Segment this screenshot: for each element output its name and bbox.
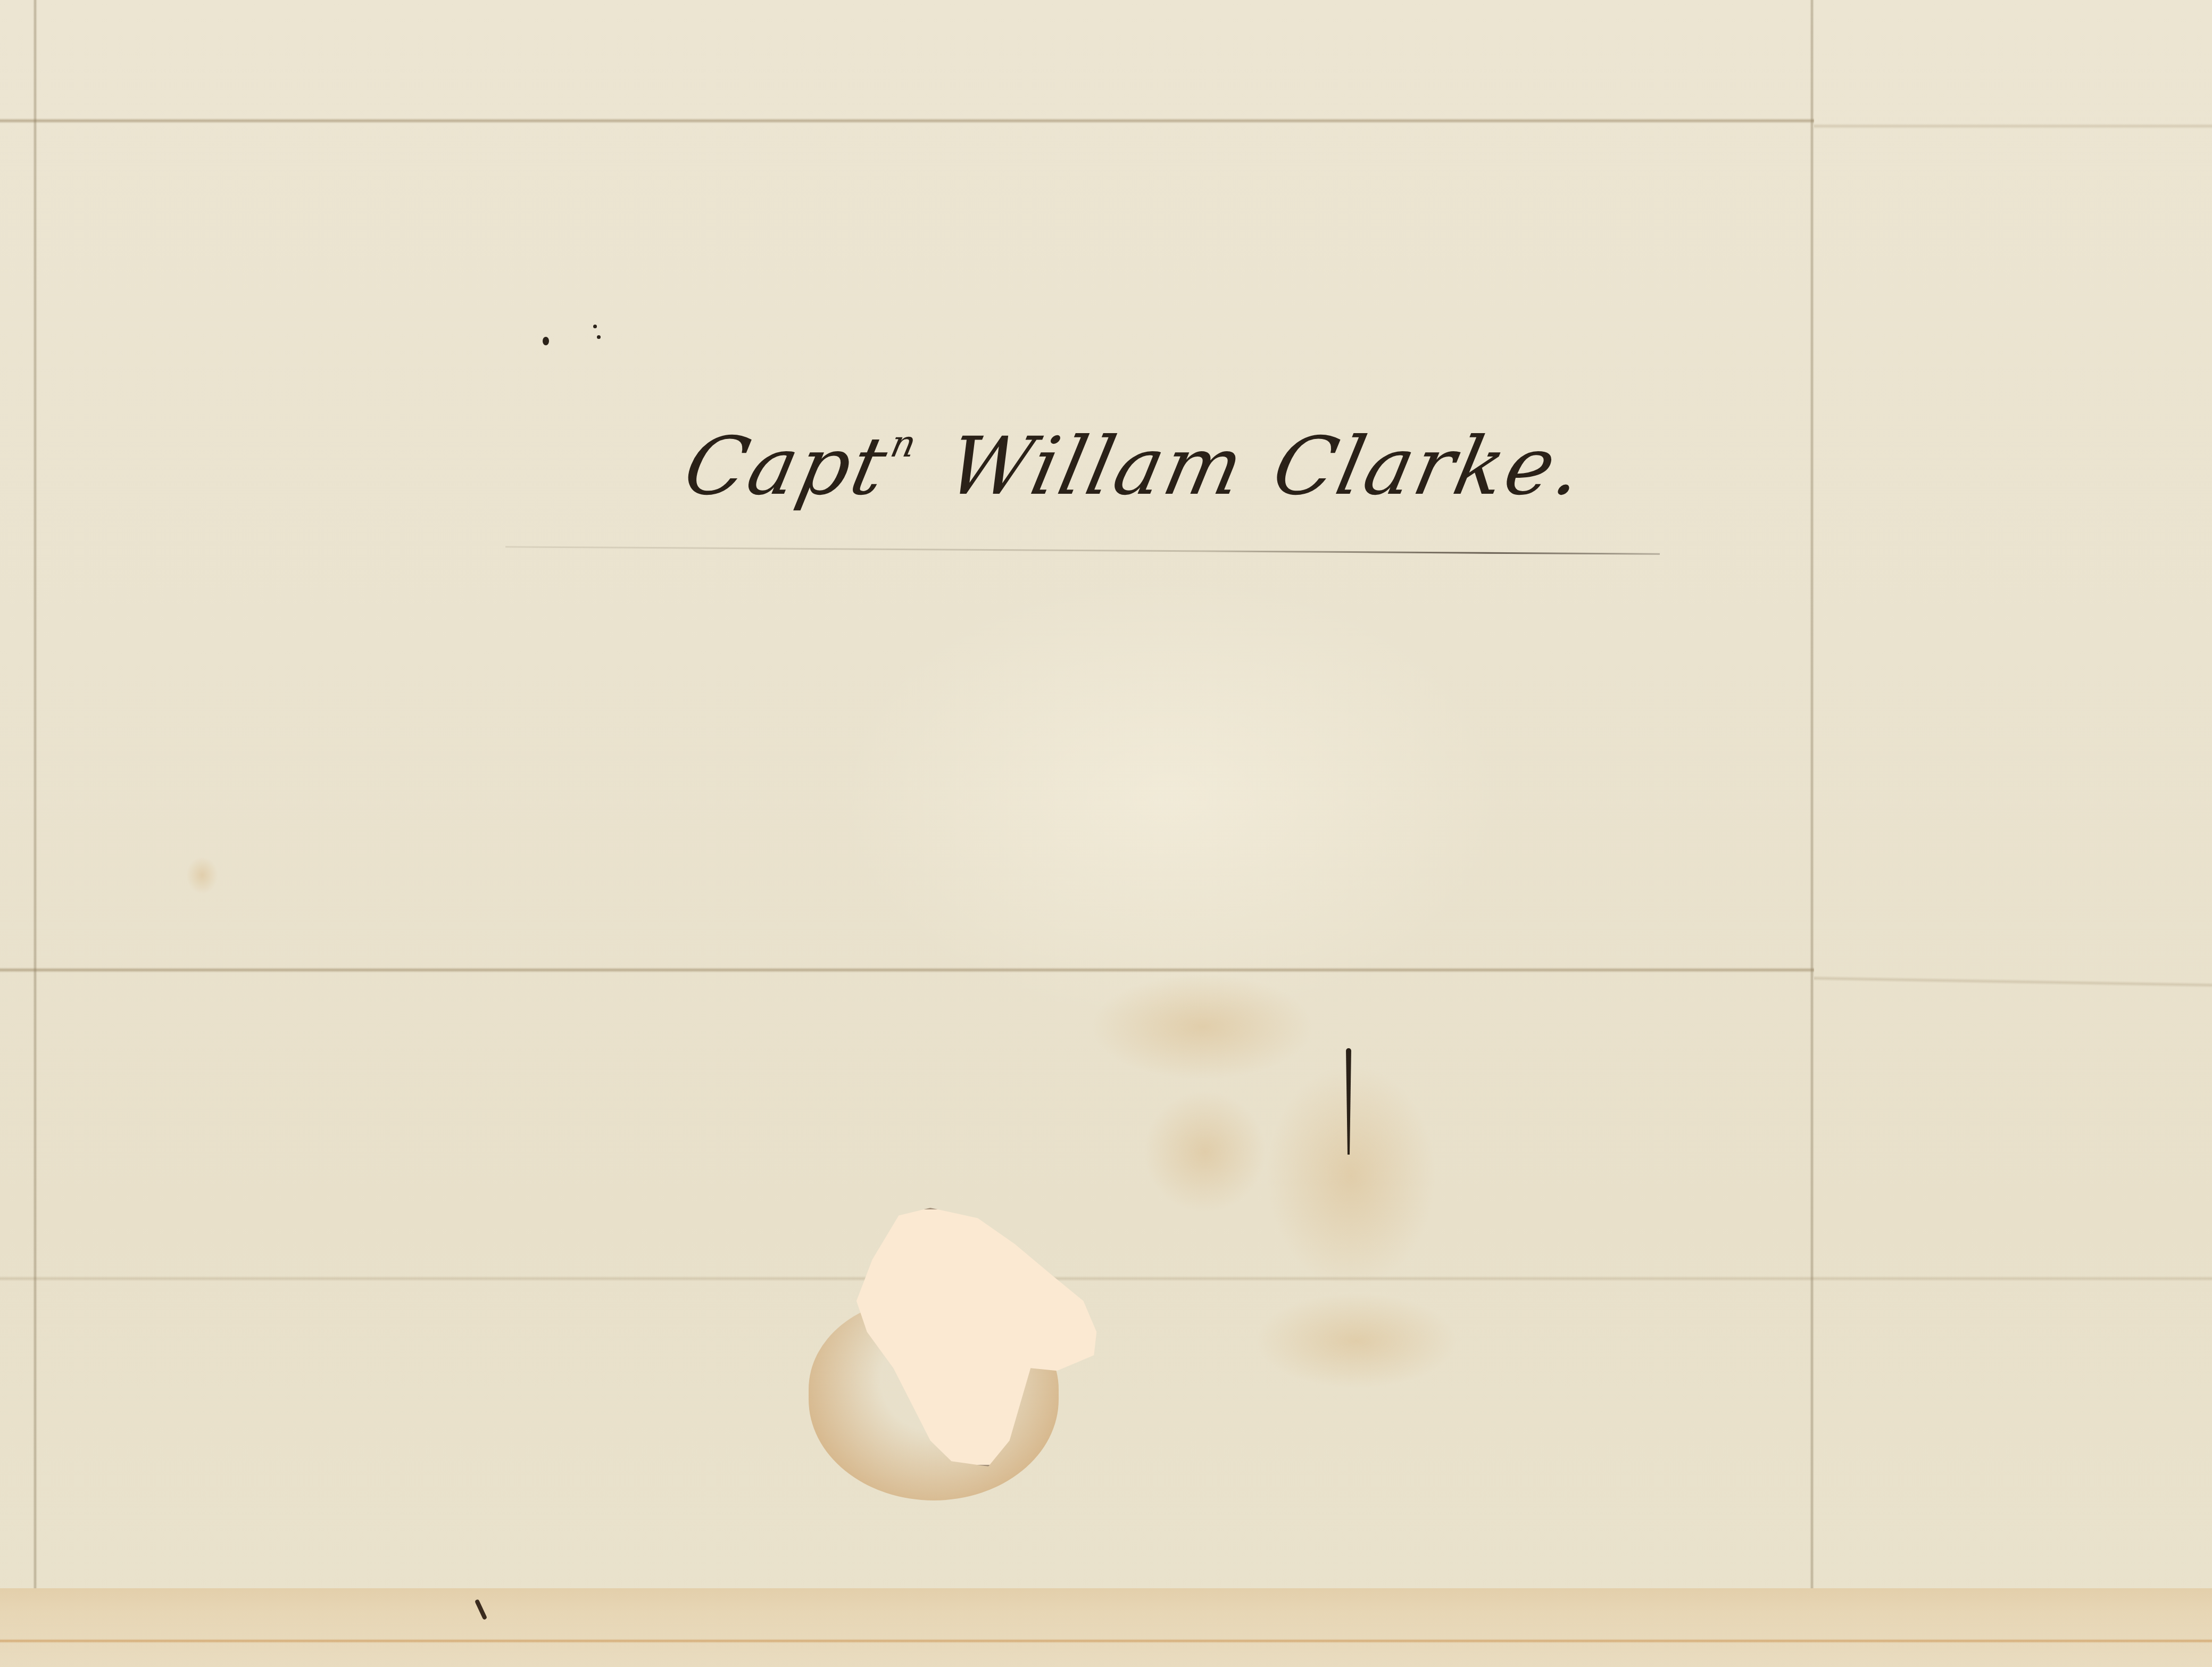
water-stain xyxy=(1266,1064,1436,1288)
letter-sheet: CaptnWillamClarke. xyxy=(0,0,2212,1618)
right-fold-line xyxy=(1810,0,1814,1623)
ink-speck xyxy=(593,325,597,328)
top-fold-line-right xyxy=(1814,123,2212,129)
lower-fold-line xyxy=(0,1276,2212,1281)
address-first-name: Willam xyxy=(940,420,1253,513)
middle-fold-line xyxy=(0,967,1814,973)
water-stain xyxy=(1255,1293,1458,1389)
address-last-name: Clarke. xyxy=(1265,420,1593,513)
water-stain xyxy=(1091,974,1314,1080)
lower-paper-edge xyxy=(0,1588,2212,1667)
address-underline xyxy=(505,546,1660,554)
ink-speck xyxy=(543,337,549,345)
bottom-edge-line xyxy=(0,1639,2212,1643)
recipient-address: CaptnWillamClarke. xyxy=(677,420,1593,513)
middle-fold-line-right xyxy=(1814,975,2212,988)
left-fold-line xyxy=(33,0,37,1623)
address-title: Capt xyxy=(677,420,896,513)
water-stain xyxy=(1144,1091,1266,1213)
ink-speck xyxy=(597,335,601,339)
small-stain xyxy=(186,857,218,894)
top-fold-line xyxy=(0,118,1814,123)
